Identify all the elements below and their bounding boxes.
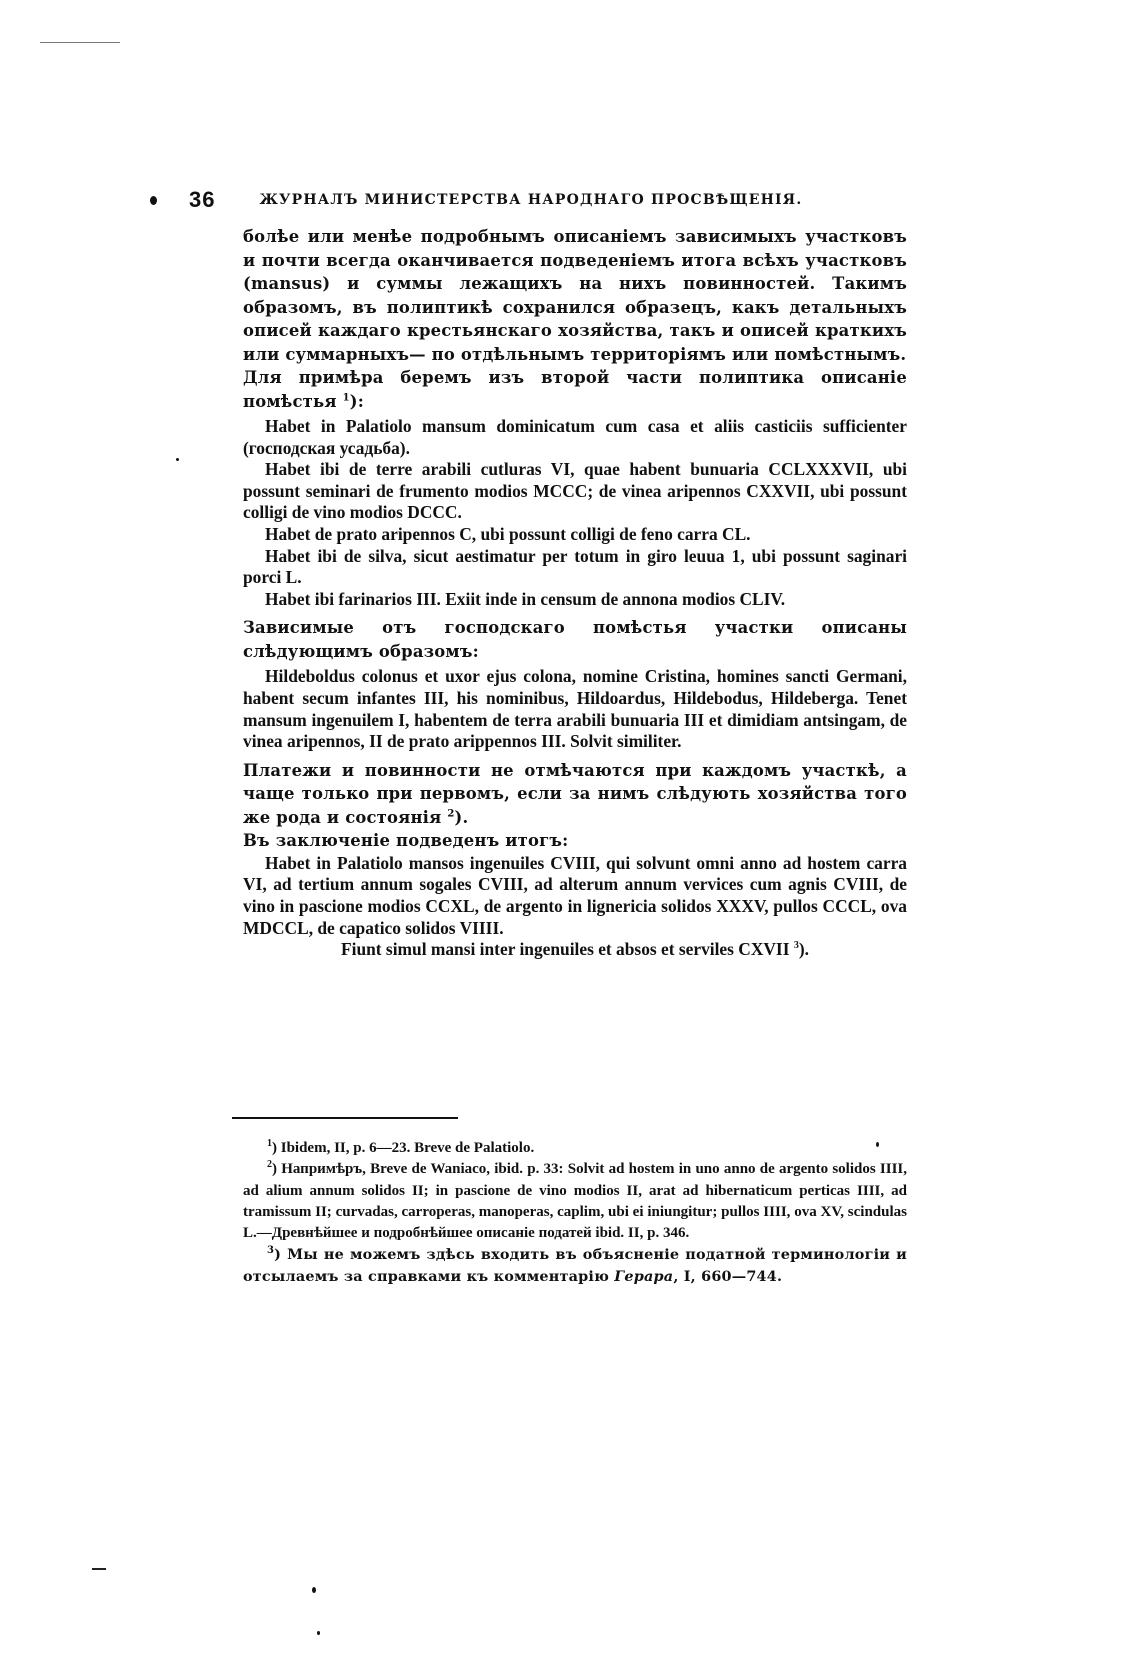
main-text: болѣе или менѣе подробнымъ описаніемъ за… [243,225,907,961]
latin-quote: Fiunt simul mansi inter ingenuiles et ab… [243,939,907,961]
paragraph: Зависимые отъ господскаго помѣстья участ… [243,616,907,663]
scan-speck [312,1587,316,1593]
footnote-text: ) Мы не можемъ здѣсь входить въ объяснен… [243,1246,907,1284]
paragraph: Платежи и повинности не отмѣчаются при к… [243,759,907,830]
page-number: 36 [189,187,215,213]
scan-artifact-mark [92,1568,106,1570]
footnote-text: ) Ibidem, II, p. 6—23. Breve de Palatiol… [272,1140,534,1156]
paragraph-text: Fiunt simul mansi inter ingenuiles et ab… [341,939,789,959]
running-title: ЖУРНАЛЪ МИНИСТЕРСТВА НАРОДНАГО ПРОСВѢЩЕН… [259,192,802,208]
scan-speck [317,1631,320,1635]
footnote-1: 1) Ibidem, II, p. 6—23. Breve de Palatio… [243,1138,907,1159]
latin-quote: Habet de prato aripennos C, ubi possunt … [243,524,907,546]
footnote-author: Герара [614,1268,673,1285]
paragraph: болѣе или менѣе подробнымъ описаніемъ за… [243,225,907,366]
footnote-3: 3) Мы не можемъ здѣсь входить въ объясне… [243,1244,907,1287]
footnote-text: , I, 660—744. [673,1268,782,1285]
paragraph: Въ заключеніе подведенъ итогъ: [243,829,907,853]
paragraph-text: Платежи и повинности не отмѣчаются при к… [243,761,907,827]
footnote-divider [232,1117,458,1119]
footnote-2: 2) Напримѣръ, Breve de Waniaco, ibid. p.… [243,1159,907,1244]
footnote-ref[interactable]: 2 [447,808,454,819]
scan-speck [176,458,179,461]
footnote-text: ) Напримѣръ, Breve de Waniaco, ibid. p. … [243,1161,907,1241]
latin-quote: Habet ibi farinarios III. Exiit inde in … [243,589,907,611]
footnote-ref[interactable]: 1 [343,392,350,403]
paragraph-text: Для примѣра беремъ изъ второй части поли… [243,368,907,411]
running-header: 36 ЖУРНАЛЪ МИНИСТЕРСТВА НАРОДНАГО ПРОСВѢ… [150,185,930,215]
paragraph-text: ): [350,392,364,411]
latin-quote: Hildeboldus colonus et uxor ejus colona,… [243,666,907,752]
latin-quote: Habet in Palatiolo mansum dominicatum cu… [243,416,907,459]
paragraph-text: ). [799,939,809,959]
footnotes: 1) Ibidem, II, p. 6—23. Breve de Palatio… [243,1138,907,1287]
latin-quote: Habet ibi de silva, sicut aestimatur per… [243,546,907,589]
latin-quote: Habet in Palatiolo mansos ingenuiles CVI… [243,853,907,939]
scan-artifact-line [40,42,120,43]
paragraph-text: ). [455,808,469,827]
latin-quote: Habet ibi de terre arabili cutluras VI, … [243,459,907,524]
paragraph: Для примѣра беремъ изъ второй части поли… [243,366,907,413]
bullet-mark [150,196,157,205]
